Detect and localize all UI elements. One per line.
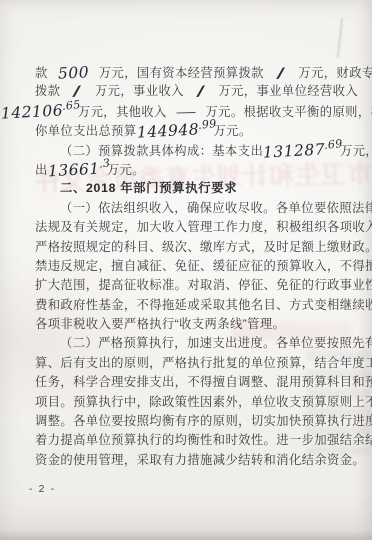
printed-text: 万元。根据收支平衡的原则，相应安排	[205, 105, 372, 119]
body-line: 法规及有关规定，加大收入管理工作力度，积极组织各项收入，	[35, 218, 356, 237]
body-line: 禁违反规定，擅自减征、免征、缓征应征的预算收入，不得擅自	[35, 257, 356, 276]
body-line: 严格按照规定的科目、级次、缴库方式，及时足额上缴财政。严	[35, 238, 356, 257]
handwritten-amount: 142106	[1, 101, 64, 124]
handwritten-decimal: .3	[98, 153, 111, 173]
printed-text: 万元，事业收入	[95, 84, 184, 98]
body-line: 项目。预算执行中，除政策性因素外，单位收支预算原则上不予	[35, 393, 356, 412]
handwritten-amount: 500	[57, 63, 89, 84]
handwritten-decimal: .69	[323, 134, 344, 155]
printed-text: 万元，其他收入	[78, 105, 167, 119]
printed-text: 款	[35, 66, 48, 80]
printed-text: 万元，国有资本经营预算拨款	[99, 66, 264, 80]
printed-text: 出	[35, 163, 48, 177]
body-line: 出13661.3万元。	[35, 160, 356, 179]
scan-edge-shadow	[0, 530, 372, 540]
handwritten-amount: 131287	[263, 140, 326, 163]
body-line: 算、后有支出的原则，严格执行批复的单位预算，结合年度工作	[35, 354, 356, 373]
body-line: （一）依法组织收入，确保应收尽收。各单位要依照法律、	[35, 199, 356, 218]
body-line: 任务，科学合理安排支出，不得擅自调整、混用预算科目和预算	[35, 373, 356, 392]
page-number: - 2 -	[29, 483, 56, 495]
body-line: 费和政府性基金，不得拖延或采取其他名目、方式变相继续收取。	[35, 296, 356, 315]
printed-text: 万元。	[213, 124, 251, 138]
handwritten-decimal: .99	[197, 114, 218, 135]
body-line: 款500万元，国有资本经营预算拨款/万元，财政专户	[35, 63, 356, 82]
paper-crease	[337, 18, 343, 58]
printed-text: 拨款	[35, 84, 60, 98]
body-line: 资金的使用管理，采取有力措施减少结转和消化结余资金。	[35, 451, 356, 470]
body-line: 调整。各单位要按照均衡有序的原则，切实加快预算执行进度，	[35, 412, 356, 431]
handwritten-dash: /	[194, 82, 209, 103]
body-line: （二）严格预算执行，加速支出进度。各单位要按照先有预	[35, 334, 356, 353]
handwritten-amount: 144948	[136, 121, 199, 144]
section-heading: 二、2018 年部门预算执行要求	[35, 179, 356, 198]
printed-text: 万元，财政专户	[298, 66, 372, 80]
printed-text: 万元，项目支	[340, 144, 372, 158]
handwritten-dash: —	[175, 103, 198, 123]
body-line: 各项非税收入要严格执行“收支两条线”管理。	[35, 315, 356, 334]
handwritten-amount: 13661	[47, 160, 100, 182]
document-body: 款500万元，国有资本经营预算拨款/万元，财政专户 拨款/万元，事业收入/万元，…	[35, 63, 356, 470]
body-line: 拨款/万元，事业收入/万元，事业单位经营收入	[35, 82, 356, 101]
body-line: 142106.65万元，其他收入—万元。根据收支平衡的原则，相应安排	[35, 102, 356, 121]
handwritten-dash: /	[274, 63, 289, 84]
printed-text: （二）预算拨款具体构成：基本支出	[60, 144, 263, 158]
printed-text: 万元，事业单位经营收入	[218, 84, 358, 98]
body-line: （二）预算拨款具体构成：基本支出131287.69万元，项目支	[35, 141, 356, 160]
body-line: 扩大范围，提高征收标准。对取消、停征、免征的行政事业性收	[35, 276, 356, 295]
scanned-document-page: 市卫生和计划生育委员会文件 款500万元，国有资本经营预算拨款/万元，财政专户 …	[0, 0, 372, 540]
printed-text: 万元。	[107, 163, 145, 177]
body-line: 着力提高单位预算执行的均衡性和时效性。进一步加强结余结转	[35, 431, 356, 450]
handwritten-decimal: .65	[61, 95, 82, 116]
printed-text: 你单位支出总预算	[35, 124, 137, 138]
body-line: 你单位支出总预算144948.99万元。	[35, 121, 356, 140]
